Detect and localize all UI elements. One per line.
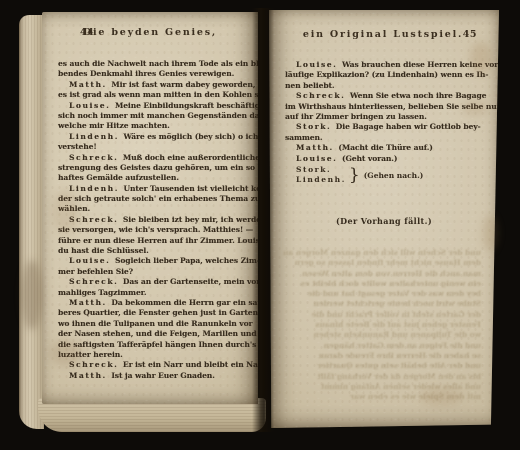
showthrough-line: mit dem Spiele wie es eben war	[283, 392, 481, 402]
text-line: bendes Denkmahl ihres Genies verewigen.	[58, 69, 246, 79]
text-line: beres Quartier, die Fenster gehen just i…	[58, 308, 246, 318]
showthrough-line: und die Feigen an dem Gatter hängen	[283, 341, 481, 351]
text-line: Schreck. Sie bleiben izt bey mir, ich we…	[58, 215, 246, 225]
curtain-line: (Der Vorhang fällt.)	[269, 216, 499, 226]
text-line: es auch die Nachwelt nach ihrem Tode als…	[58, 59, 246, 69]
text-line: der sich getraute solch' ein erhabenes T…	[58, 194, 246, 204]
text-line: Matth. Mir ist fast warm dabey geworden,	[58, 80, 246, 90]
text-line: mahliges Tagzimmer.	[58, 288, 246, 298]
left-page: 44 Die beyden Genies, es auch die Nachwe…	[42, 12, 258, 404]
left-page-text: es auch die Nachwelt nach ihrem Tode als…	[58, 59, 246, 381]
text-line: Stork. Die Bagage haben wir Gottlob bey-	[285, 122, 487, 132]
text-line: führe er nun diese Herren auf ihr Zimmer…	[58, 236, 246, 246]
speaker-name: Lindenh.	[69, 132, 121, 141]
showthrough-line: wo die Tulipanen und Ranunkeln stehen	[283, 330, 481, 340]
speaker-name: Schreck.	[69, 153, 120, 162]
text-line: der Nasen stehen, und die Feigen, Marill…	[58, 329, 246, 339]
speaker-name: Schreck.	[296, 91, 347, 100]
showthrough-line: bey dem was der Vater gesagt hat und die	[283, 289, 481, 299]
speaker-name: Stork.	[296, 165, 346, 175]
text-line: Louise. Meine Einbildungskraft beschäfti…	[58, 101, 246, 111]
speaker-name: Matth.	[69, 298, 109, 307]
stage-group-names: Stork. Lindenh.	[296, 165, 346, 186]
text-line: Lindenh. Unter Tausenden ist vielleicht …	[58, 184, 246, 194]
text-line: mer befehlen Sie?	[58, 267, 246, 277]
speaker-name: Schreck.	[69, 360, 120, 369]
showthrough-line: man auch die Herren von dem alten Wesen	[283, 269, 481, 279]
text-line: strengung des Geistes dazu gehören, um e…	[58, 163, 246, 173]
speaker-name: Louise.	[296, 60, 339, 69]
text-line: nen beliebt.	[285, 81, 487, 91]
text-line: luzatter herein.	[58, 350, 246, 360]
stage-direction-group: Stork. Lindenh. } (Gehen nach.)	[296, 165, 499, 186]
showthrough-line: und alles wieder seinen Anfang nimmt	[283, 382, 481, 392]
speaker-name: Louise.	[69, 256, 112, 265]
text-line: verstehe!	[58, 142, 246, 152]
showthrough-line: Fenster gehen just auf die Beete hinaus	[283, 320, 481, 330]
showthrough-line: und der Alte behält sein gutes Quartier	[283, 361, 481, 371]
text-line: Louise. (Geht voran.)	[285, 154, 487, 164]
book-scan: 44 Die beyden Genies, es auch die Nachwe…	[0, 0, 520, 450]
stage-direction: (Gehen nach.)	[364, 171, 424, 180]
showthrough-line: dem Hause nicht mehr finden lassen so ge…	[283, 258, 481, 268]
text-line: Matth. (Macht die Thüre auf.)	[285, 143, 487, 153]
text-line: Louise. Was brauchen diese Herren keine …	[285, 60, 487, 70]
text-line: du hast die Schlüssel.	[58, 246, 246, 256]
speaker-name: Lindenh.	[296, 175, 346, 185]
text-line: wählen.	[58, 204, 246, 214]
speaker-name: Lindenh.	[69, 184, 121, 193]
speaker-name: Matth.	[69, 371, 109, 380]
text-line: wo ihnen die Tulipanen und die Ranunkeln…	[58, 319, 246, 329]
speaker-name: Louise.	[296, 154, 339, 163]
showthrough-line: der Garten steht in voller Pracht und di…	[283, 310, 481, 320]
showthrough-line: bis an den Morgen da der Vorhang fällt	[283, 372, 481, 382]
text-line: sammen.	[285, 133, 487, 143]
text-line: Schreck. Muß doch eine außerordentliche …	[58, 153, 246, 163]
right-page: und der Schein will sich den ganzen Morg…	[269, 10, 499, 428]
speaker-name: Stork.	[296, 122, 333, 131]
right-page-text: Louise. Was brauchen diese Herren keine …	[285, 60, 487, 164]
text-line: welche mir Hitze machten.	[58, 121, 246, 131]
text-line: Schreck. Wenn Sie etwa noch ihre Bagage	[285, 91, 487, 101]
showthrough-line: und der Schein will sich den ganzen Morg…	[283, 248, 481, 258]
showthrough-line: Stube wird noch heute gerichtet werden	[283, 299, 481, 309]
text-line: Matth. Da bekommen die Herrn gar ein sau…	[58, 298, 246, 308]
text-line: sie versorgen, wie ich's versprach. Matt…	[58, 225, 246, 235]
left-page-number: 44	[80, 27, 94, 38]
speaker-name: Schreck.	[69, 277, 120, 286]
text-line: Lindenh. Wäre es möglich (bey sich) o ic…	[58, 132, 246, 142]
text-line: Schreck. Er ist ein Narr und bleibt ein …	[58, 360, 246, 370]
text-line: läufige Explikazion? (zu Lindenhain) wen…	[285, 70, 487, 80]
text-line: es ist grad als wenn man mitten in den K…	[58, 90, 246, 100]
ink-showthrough: und der Schein will sich den ganzen Morg…	[283, 248, 481, 402]
showthrough-line: ein wenig unterhalten wollte doch bleibt…	[283, 279, 481, 289]
page-edges-left	[19, 15, 44, 429]
left-page-header: 44 Die beyden Genies,	[56, 27, 244, 39]
brace-glyph: }	[349, 165, 360, 185]
speaker-name: Matth.	[69, 80, 109, 89]
speaker-name: Louise.	[69, 101, 112, 110]
text-line: sich noch immer mit manchen Gegenständen…	[58, 111, 246, 121]
text-line: Louise. Sogleich lieber Papa, welches Zi…	[58, 256, 246, 266]
text-line: im Wirthshaus hinterliessen, belieben Si…	[285, 102, 487, 112]
text-line: auf ihr Zimmer bringen zu lassen.	[285, 112, 487, 122]
text-line: haftes Gemälde aufzustellen.	[58, 173, 246, 183]
speaker-name: Schreck.	[69, 215, 120, 224]
text-line: die saftigsten Tafferäpfel hängen Ihnen …	[58, 340, 246, 350]
right-page-header: ein Original Lustspiel. 45	[283, 29, 483, 41]
showthrough-line: so haben die Herren ihre Freude daran	[283, 351, 481, 361]
text-line: Schreck. Das an der Gartenseite, mein vo…	[58, 277, 246, 287]
right-running-title: ein Original Lustspiel.	[283, 29, 483, 40]
right-page-number: 45	[463, 29, 477, 40]
text-line: Matth. Ist ja wahr Euer Gnaden.	[58, 371, 246, 381]
speaker-name: Matth.	[296, 143, 336, 152]
